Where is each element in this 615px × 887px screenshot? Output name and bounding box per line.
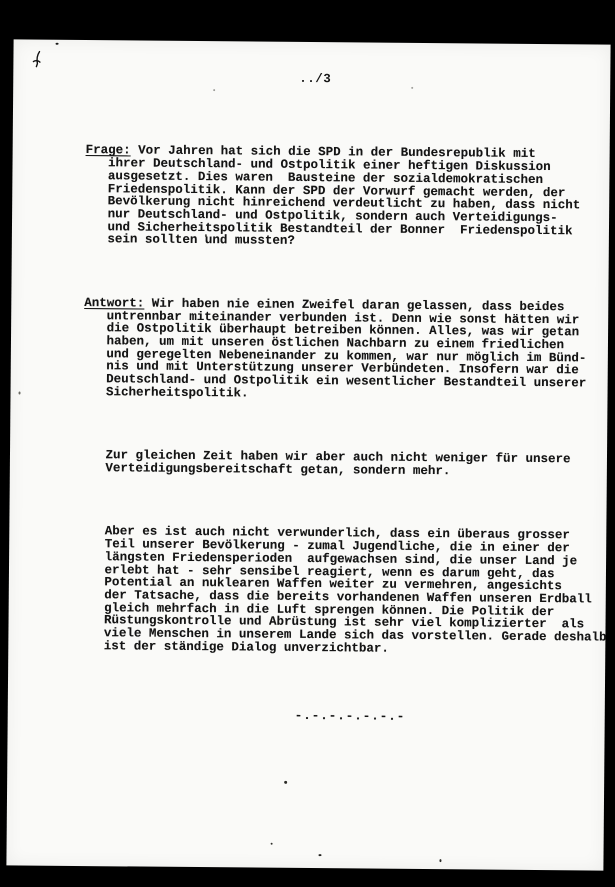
page-number: ../3 [299,72,331,86]
ink-speck [411,87,413,89]
question-paragraph: Frage: Vor Jahren hat sich die SPD in de… [85,144,606,250]
ink-speck [19,391,21,394]
ink-speck [439,859,441,862]
question-text: Vor Jahren hat sich die SPD in der Bunde… [85,144,581,248]
end-separator: -.-.-.-.-.-.- [81,708,601,725]
ink-speck [284,781,287,784]
document-body: Frage: Vor Jahren hat sich die SPD in de… [80,119,605,751]
paragraph-text: Aber es ist auch nicht verwunderlich, da… [81,524,606,655]
body-paragraph: Aber es ist auch nicht verwunderlich, da… [81,525,602,657]
handwritten-mark [29,50,45,70]
ink-speck [213,89,215,91]
answer-text: Wir haben nie einen Zweifel daran gelass… [83,296,586,400]
ink-speck [271,843,273,845]
ink-speck [319,854,322,856]
scan-frame: ../3 Frage: Vor Jahren hat sich die SPD … [0,0,615,887]
ink-speck [56,43,59,45]
body-paragraph: Zur gleichen Zeit haben wir aber auch ni… [83,449,603,479]
paragraph-text: Zur gleichen Zeit haben wir aber auch ni… [83,448,571,478]
answer-paragraph: Antwort: Wir haben nie einen Zweifel dar… [83,297,604,403]
document-page: ../3 Frage: Vor Jahren hat sich die SPD … [6,39,610,870]
